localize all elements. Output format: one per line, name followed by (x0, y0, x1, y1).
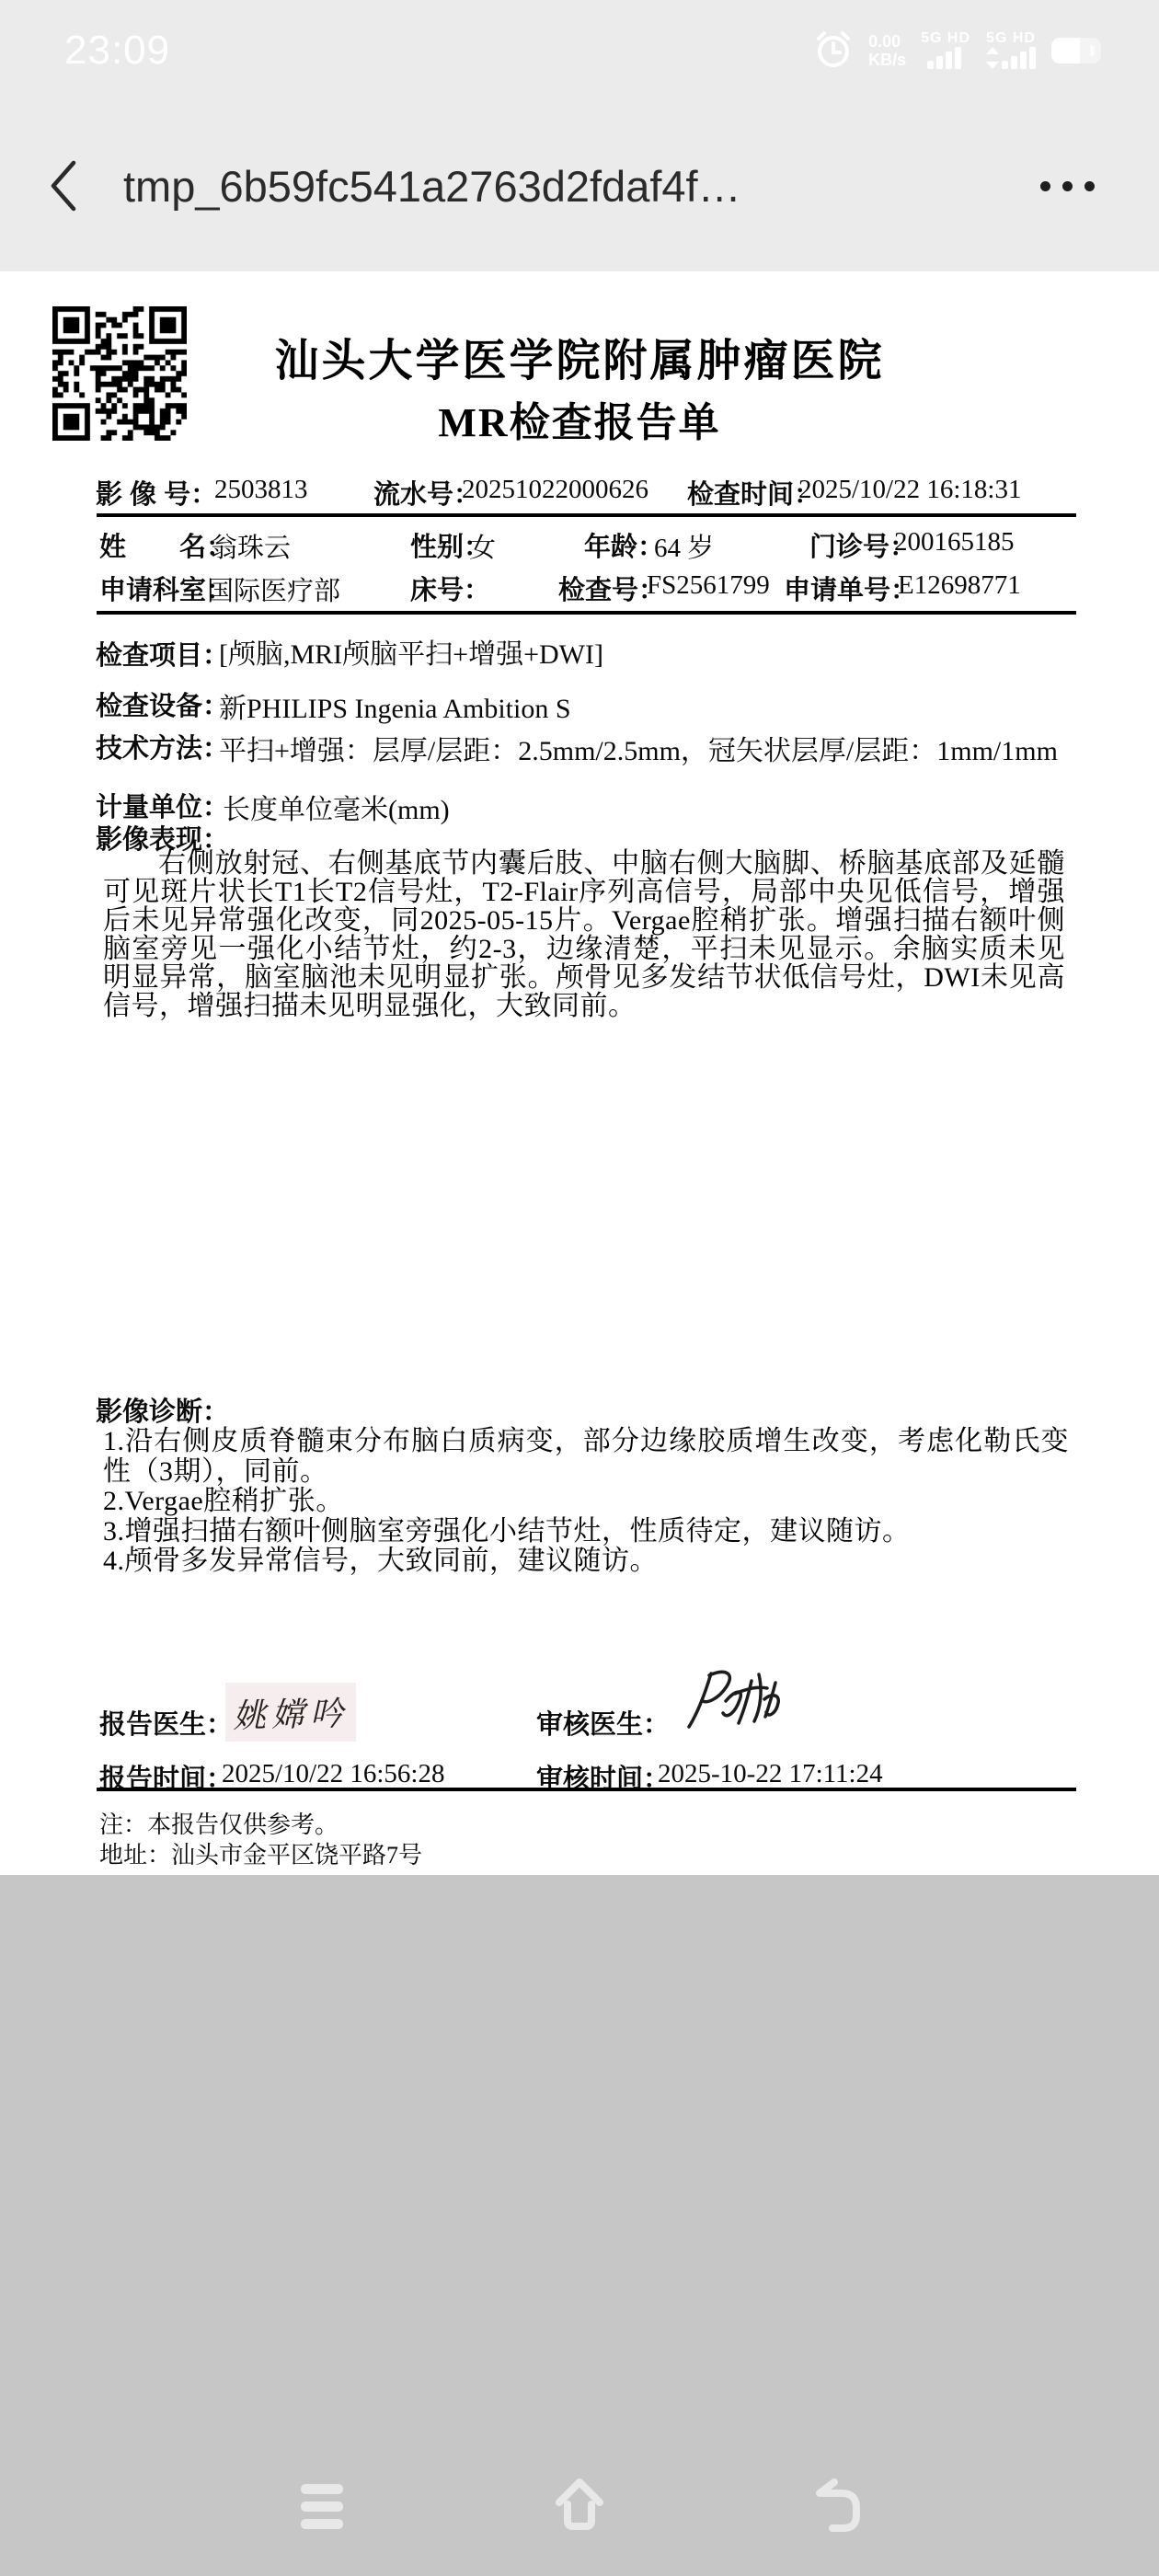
report-title: MR检查报告单 (0, 389, 1159, 448)
report-document[interactable]: 汕头大学医学院附属肿瘤医院 MR检查报告单 影 像 号： 2503813 流水号… (0, 271, 1159, 1875)
status-clock: 23:09 (64, 28, 170, 74)
footer-note: 注：本报告仅供参考。 (99, 1806, 339, 1840)
report-doctor-signature: 姚嫦吟 (225, 1683, 356, 1742)
image-no-label: 影 像 号： (96, 474, 217, 512)
review-doctor-signature-image (676, 1662, 809, 1741)
hospital-name: 汕头大学医学院附属肿瘤医院 (0, 325, 1159, 388)
menu-icon (295, 2477, 349, 2530)
findings-text: 右侧放射冠、右侧基底节内囊后肢、中脑右侧大脑脚、桥脑基底部及延髓可见斑片状长T1… (103, 849, 1065, 1020)
dot-icon (1040, 181, 1050, 191)
back-nav-button[interactable] (808, 2475, 866, 2532)
phone-screen: 23:09 0.00 KB/s 5G HD (0, 0, 1159, 2576)
back-chevron-icon (46, 158, 79, 213)
battery-icon (1051, 38, 1101, 63)
exam-method-value: 平扫+增强：层厚/层距：2.5mm/2.5mm，冠矢状层厚/层距：1mm/1mm (219, 728, 1058, 768)
diagnosis-item: 3.增强扫描右额叶侧脑室旁强化小结节灶，性质待定，建议随访。 (103, 1517, 1069, 1547)
exam-items-value: [颅脑,MRI颅脑平扫+增强+DWI] (219, 631, 603, 672)
document-title: tmp_6b59fc541a2763d2fdaf4f… (123, 161, 741, 212)
outpatient-no-value: 200165185 (894, 527, 1015, 558)
sim2-signal: 5G HD (985, 31, 1037, 70)
home-icon (552, 2475, 607, 2532)
back-arrow-icon (810, 2475, 864, 2532)
image-no-value: 2503813 (214, 475, 308, 505)
content-background (0, 1875, 1159, 2576)
sim1-badge: 5G HD (921, 31, 970, 46)
review-time-value: 2025-10-22 17:11:24 (658, 1759, 883, 1789)
exam-device-label: 检查设备： (96, 685, 229, 723)
sim2-badge: 5G HD (986, 31, 1036, 46)
diagnosis-label: 影像诊断： (96, 1391, 229, 1429)
divider-line (97, 1788, 1076, 1791)
diagnosis-item: 2.Vergae腔稍扩张。 (103, 1487, 1069, 1517)
footer-address: 地址：汕头市金平区饶平路7号 (99, 1836, 422, 1870)
diagnosis-item: 1.沿右侧皮质脊髓束分布脑白质病变，部分边缘胶质增生改变，考虑化勒氏变性（3期）… (103, 1427, 1069, 1487)
divider-line (97, 513, 1076, 517)
age-value: 64 岁 (654, 527, 714, 565)
serial-no-value: 20251022000626 (462, 475, 648, 505)
exam-items-label: 检查项目： (96, 635, 229, 673)
diagnosis-item: 4.颅骨多发异常信号，大致同前，建议随访。 (103, 1547, 1069, 1577)
recents-menu-button[interactable] (293, 2475, 351, 2532)
overflow-menu-button[interactable] (1040, 158, 1095, 213)
dot-icon (1084, 181, 1095, 191)
name-value: 翁珠云 (211, 527, 291, 565)
exam-time-value: 2025/10/22 16:18:31 (798, 475, 1021, 505)
sim1-signal-bars-icon (925, 46, 966, 70)
sim2-signal-bars-icon (985, 46, 1037, 70)
divider-line (97, 611, 1076, 615)
network-speed: 0.00 KB/s (868, 32, 906, 69)
age-label: 年龄： (584, 526, 664, 564)
status-right-cluster: 0.00 KB/s 5G HD 5G HD (813, 28, 1095, 75)
report-time-value: 2025/10/22 16:56:28 (222, 1759, 444, 1789)
network-speed-value: 0.00 (868, 32, 906, 51)
request-no-value: E12698771 (898, 570, 1021, 601)
back-button[interactable] (42, 157, 83, 214)
diagnosis-list: 1.沿右侧皮质脊髓束分布脑白质病变，部分边缘胶质增生改变，考虑化勒氏变性（3期）… (103, 1427, 1069, 1577)
status-bar: 23:09 0.00 KB/s 5G HD (0, 15, 1159, 86)
dept-value: 国际医疗部 (207, 570, 340, 608)
bed-label: 床号： (410, 569, 490, 607)
unit-value: 长度单位毫米(mm) (223, 787, 450, 827)
exam-device-value: 新PHILIPS Ingenia Ambition S (219, 685, 571, 726)
exam-no-value: FS2561799 (647, 570, 770, 601)
app-bar: tmp_6b59fc541a2763d2fdaf4f… (0, 99, 1159, 272)
review-doctor-label: 审核医生： (536, 1704, 670, 1742)
gender-value: 女 (469, 527, 496, 565)
sim1-signal: 5G HD (921, 31, 970, 70)
home-button[interactable] (550, 2475, 609, 2532)
network-speed-unit: KB/s (868, 51, 906, 69)
android-nav-bar (0, 2475, 1159, 2539)
alarm-clock-icon (813, 28, 854, 75)
exam-method-label: 技术方法： (96, 728, 229, 765)
report-doctor-label: 报告医生： (99, 1704, 233, 1742)
report-doctor-signature-text: 姚嫦吟 (232, 1687, 349, 1737)
dot-icon (1062, 181, 1073, 191)
